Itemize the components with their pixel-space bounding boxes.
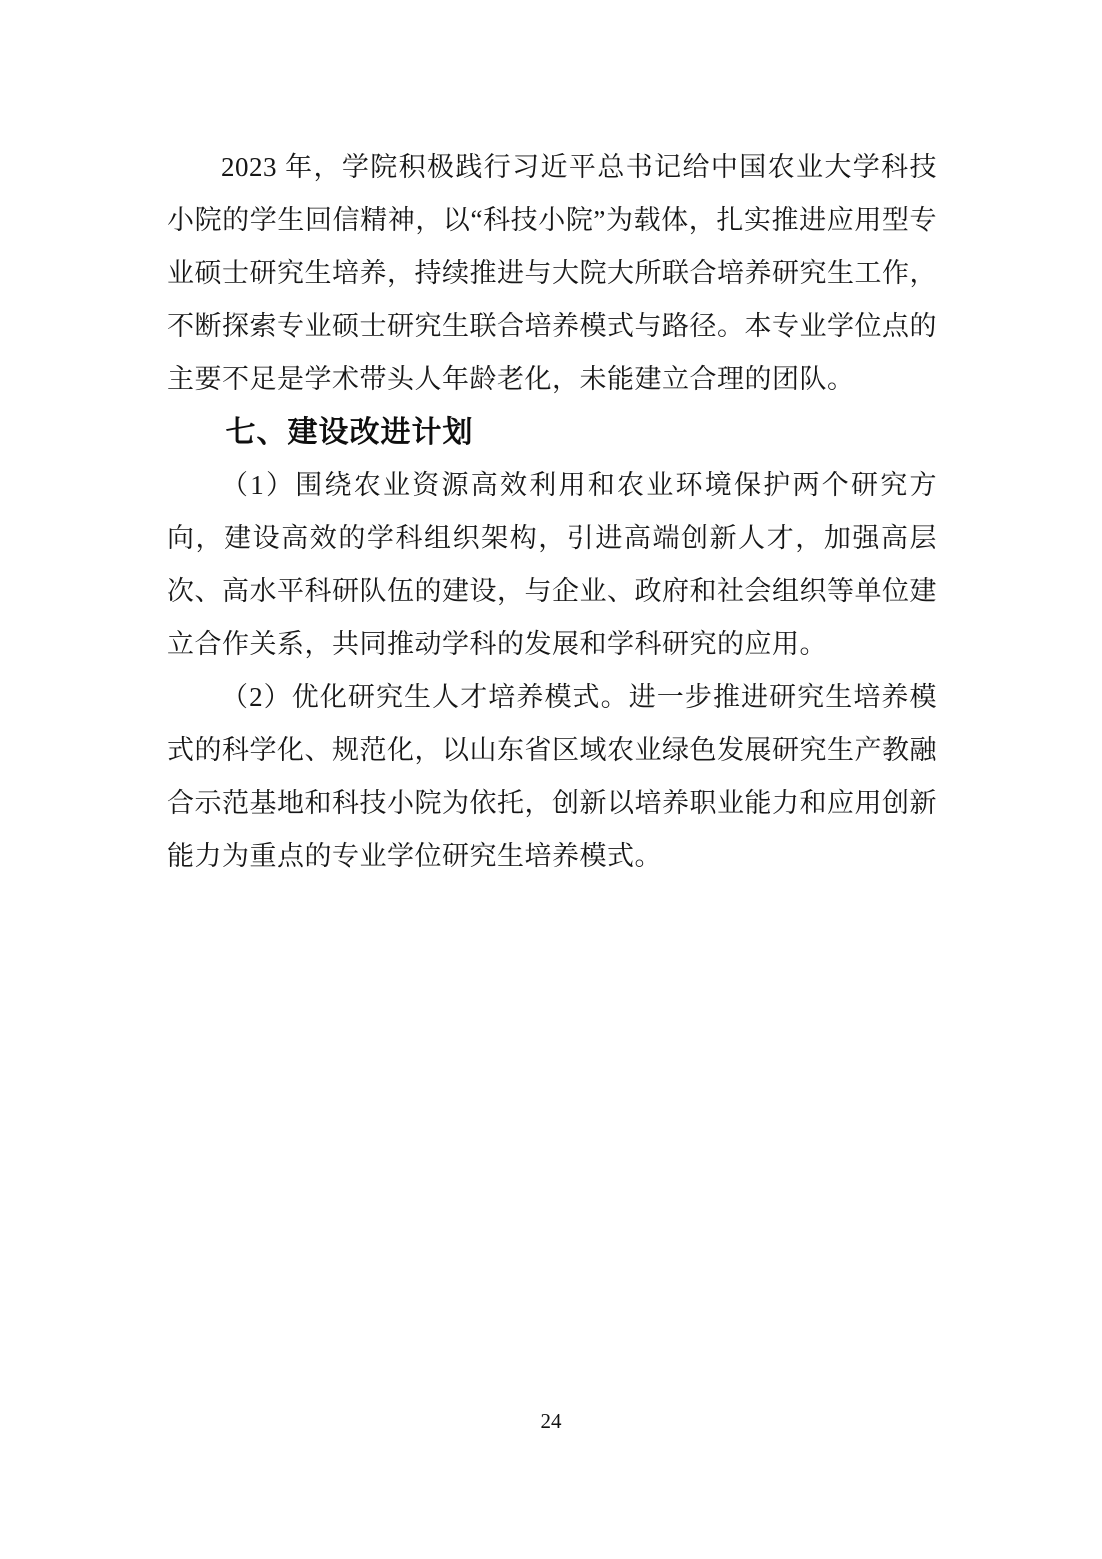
page-number: 24 [0, 1408, 1102, 1434]
document-page: 2023 年，学院积极践行习近平总书记给中国农业大学科技小院的学生回信精神，以“… [0, 0, 1102, 1559]
document-content: 2023 年，学院积极践行习近平总书记给中国农业大学科技小院的学生回信精神，以“… [167, 141, 937, 883]
paragraph-plan-item-2: （2）优化研究生人才培养模式。进一步推进研究生培养模式的科学化、规范化，以山东省… [167, 671, 937, 883]
paragraph-plan-item-1: （1）围绕农业资源高效利用和农业环境保护两个研究方向，建设高效的学科组织架构，引… [167, 459, 937, 671]
section-heading: 七、建设改进计划 [167, 406, 937, 459]
paragraph-intro: 2023 年，学院积极践行习近平总书记给中国农业大学科技小院的学生回信精神，以“… [167, 141, 937, 406]
